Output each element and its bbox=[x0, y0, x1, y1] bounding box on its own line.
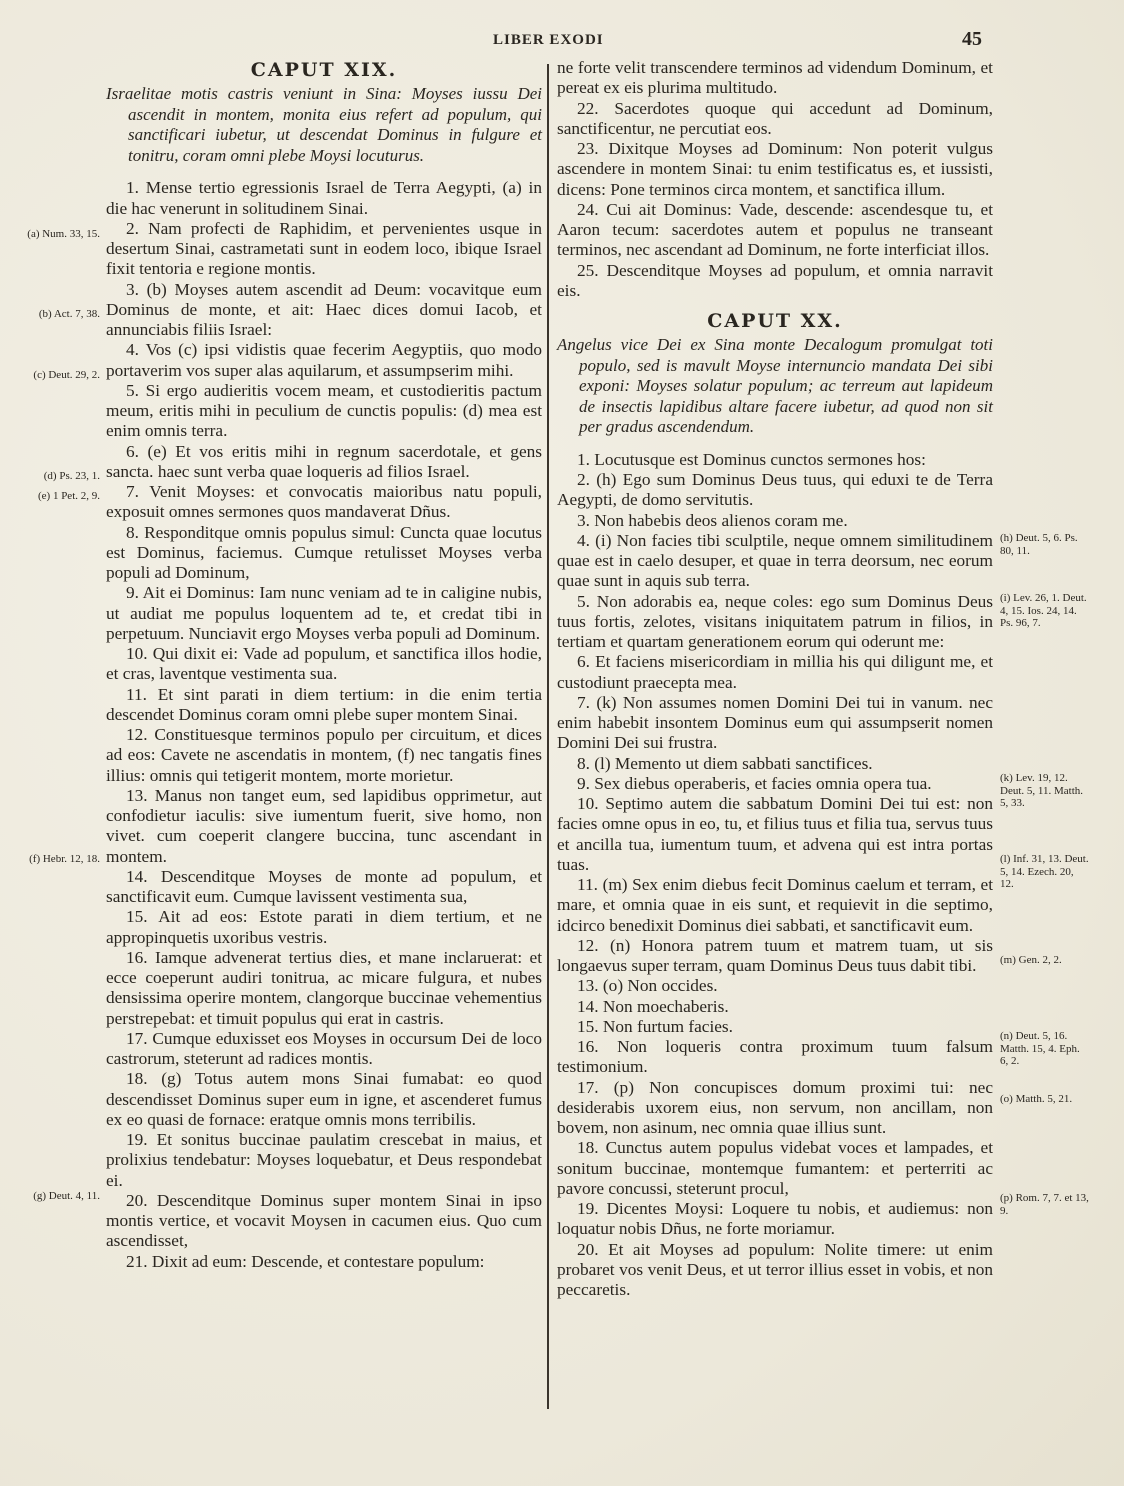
margin-note: (d) Ps. 23, 1. bbox=[20, 470, 100, 483]
verse: 6. (e) Et vos eritis mihi in regnum sace… bbox=[106, 442, 542, 483]
margin-note: (a) Num. 33, 15. bbox=[20, 228, 100, 241]
verse: 19. Et sonitus buccinae paulatim cresceb… bbox=[106, 1130, 542, 1191]
verse: 5. Si ergo audieritis vocem meam, et cus… bbox=[106, 381, 542, 442]
verse: 14. Descenditque Moyses de monte ad popu… bbox=[106, 867, 542, 908]
verse: 12. (n) Honora patrem tuum et matrem tua… bbox=[557, 936, 993, 977]
verse: 12. Constituesque terminos populo per ci… bbox=[106, 725, 542, 786]
verse-list: 1. Locutusque est Dominus cunctos sermon… bbox=[557, 450, 993, 1301]
verse: 8. Responditque omnis populus simul: Cun… bbox=[106, 523, 542, 584]
verse: 6. Et faciens misericordiam in millia hi… bbox=[557, 652, 993, 693]
verse: 3. (b) Moyses autem ascendit ad Deum: vo… bbox=[106, 280, 542, 341]
verse: 15. Ait ad eos: Estote parati in diem te… bbox=[106, 907, 542, 948]
running-head: LIBER EXODI 45 bbox=[0, 32, 1124, 56]
margin-note: (g) Deut. 4, 11. bbox=[20, 1190, 100, 1203]
verse: 8. (l) Memento ut diem sabbati sanctific… bbox=[557, 754, 993, 774]
margin-note: (e) 1 Pet. 2, 9. bbox=[20, 490, 100, 503]
verse: 11. (m) Sex enim diebus fecit Dominus ca… bbox=[557, 875, 993, 936]
verse: 25. Descenditque Moyses ad populum, et o… bbox=[557, 261, 993, 302]
verse: 20. Et ait Moyses ad populum: Nolite tim… bbox=[557, 1240, 993, 1301]
verse: 7. Venit Moyses: et convocatis maioribus… bbox=[106, 482, 542, 523]
margin-note: (k) Lev. 19, 12. Deut. 5, 11. Matth. 5, … bbox=[1000, 772, 1090, 810]
verse: 11. Et sint parati in diem tertium: in d… bbox=[106, 685, 542, 726]
column-divider bbox=[547, 64, 549, 1409]
verse: 22. Sacerdotes quoque qui accedunt ad Do… bbox=[557, 99, 993, 140]
verse: 19. Dicentes Moysi: Loquere tu nobis, et… bbox=[557, 1199, 993, 1240]
verse: 21. Dixit ad eum: Descende, et contestar… bbox=[106, 1252, 542, 1272]
verse: 13. (o) Non occides. bbox=[557, 976, 993, 996]
margin-note: (n) Deut. 5, 16. Matth. 15, 4. Eph. 6, 2… bbox=[1000, 1030, 1090, 1068]
verse: 2. Nam profecti de Raphidim, et pervenie… bbox=[106, 219, 542, 280]
chapter-title: CAPUT XX. bbox=[557, 311, 993, 331]
verse: 1. Mense tertio egressionis Israel de Te… bbox=[106, 178, 542, 219]
verse: 3. Non habebis deos alienos coram me. bbox=[557, 511, 993, 531]
verse: 16. Non loqueris contra proximum tuum fa… bbox=[557, 1037, 993, 1078]
verse: 23. Dixitque Moyses ad Dominum: Non pote… bbox=[557, 139, 993, 200]
verse: 1. Locutusque est Dominus cunctos sermon… bbox=[557, 450, 993, 470]
verse: 7. (k) Non assumes nomen Domini Dei tui … bbox=[557, 693, 993, 754]
margin-note: (b) Act. 7, 38. bbox=[20, 308, 100, 321]
margin-note: (c) Deut. 29, 2. bbox=[20, 369, 100, 382]
verse: 4. Vos (c) ipsi vidistis quae fecerim Ae… bbox=[106, 340, 542, 381]
verse: 17. Cumque eduxisset eos Moyses in occur… bbox=[106, 1029, 542, 1070]
chapter-title: CAPUT XIX. bbox=[106, 60, 542, 80]
verse: 10. Septimo autem die sabbatum Domini De… bbox=[557, 794, 993, 875]
verse: 17. (p) Non concupisces domum proximi tu… bbox=[557, 1078, 993, 1139]
margin-note: (m) Gen. 2, 2. bbox=[1000, 954, 1090, 967]
verse: 16. Iamque advenerat tertius dies, et ma… bbox=[106, 948, 542, 1029]
verse: 9. Ait ei Dominus: Iam nunc veniam ad te… bbox=[106, 583, 542, 644]
page-number: 45 bbox=[962, 28, 982, 51]
margin-note: (p) Rom. 7, 7. et 13, 9. bbox=[1000, 1192, 1090, 1217]
margin-note: (o) Matth. 5, 21. bbox=[1000, 1093, 1090, 1106]
margin-note: (f) Hebr. 12, 18. bbox=[20, 853, 100, 866]
verse-list: 1. Mense tertio egressionis Israel de Te… bbox=[106, 178, 542, 1272]
verse-list: 22. Sacerdotes quoque qui accedunt ad Do… bbox=[557, 99, 993, 302]
verse: 5. Non adorabis ea, neque coles: ego sum… bbox=[557, 592, 993, 653]
verse: 2. (h) Ego sum Dominus Deus tuus, qui ed… bbox=[557, 470, 993, 511]
verse: 18. (g) Totus autem mons Sinai fumabat: … bbox=[106, 1069, 542, 1130]
verse: 20. Descenditque Dominus super montem Si… bbox=[106, 1191, 542, 1252]
verse: 14. Non moechaberis. bbox=[557, 997, 993, 1017]
margin-note: (i) Lev. 26, 1. Deut. 4, 15. Ios. 24, 14… bbox=[1000, 592, 1090, 630]
verse-continuation: ne forte velit transcendere terminos ad … bbox=[557, 58, 993, 99]
verse: 13. Manus non tanget eum, sed lapidibus … bbox=[106, 786, 542, 867]
margin-note: (l) Inf. 31, 13. Deut. 5, 14. Ezech. 20,… bbox=[1000, 853, 1090, 891]
running-title: LIBER EXODI bbox=[493, 32, 604, 49]
verse: 4. (i) Non facies tibi sculptile, neque … bbox=[557, 531, 993, 592]
margin-note: (h) Deut. 5, 6. Ps. 80, 11. bbox=[1000, 532, 1090, 557]
right-column: ne forte velit transcendere terminos ad … bbox=[557, 58, 993, 1300]
verse: 10. Qui dixit ei: Vade ad populum, et sa… bbox=[106, 644, 542, 685]
chapter-summary: Angelus vice Dei ex Sina monte Decalogum… bbox=[557, 335, 993, 438]
verse: 18. Cunctus autem populus videbat voces … bbox=[557, 1138, 993, 1199]
verse: 15. Non furtum facies. bbox=[557, 1017, 993, 1037]
chapter-summary: Israelitae motis castris veniunt in Sina… bbox=[106, 84, 542, 166]
verse: 9. Sex diebus operaberis, et facies omni… bbox=[557, 774, 993, 794]
left-column: CAPUT XIX. Israelitae motis castris veni… bbox=[106, 58, 542, 1272]
verse: 24. Cui ait Dominus: Vade, descende: asc… bbox=[557, 200, 993, 261]
